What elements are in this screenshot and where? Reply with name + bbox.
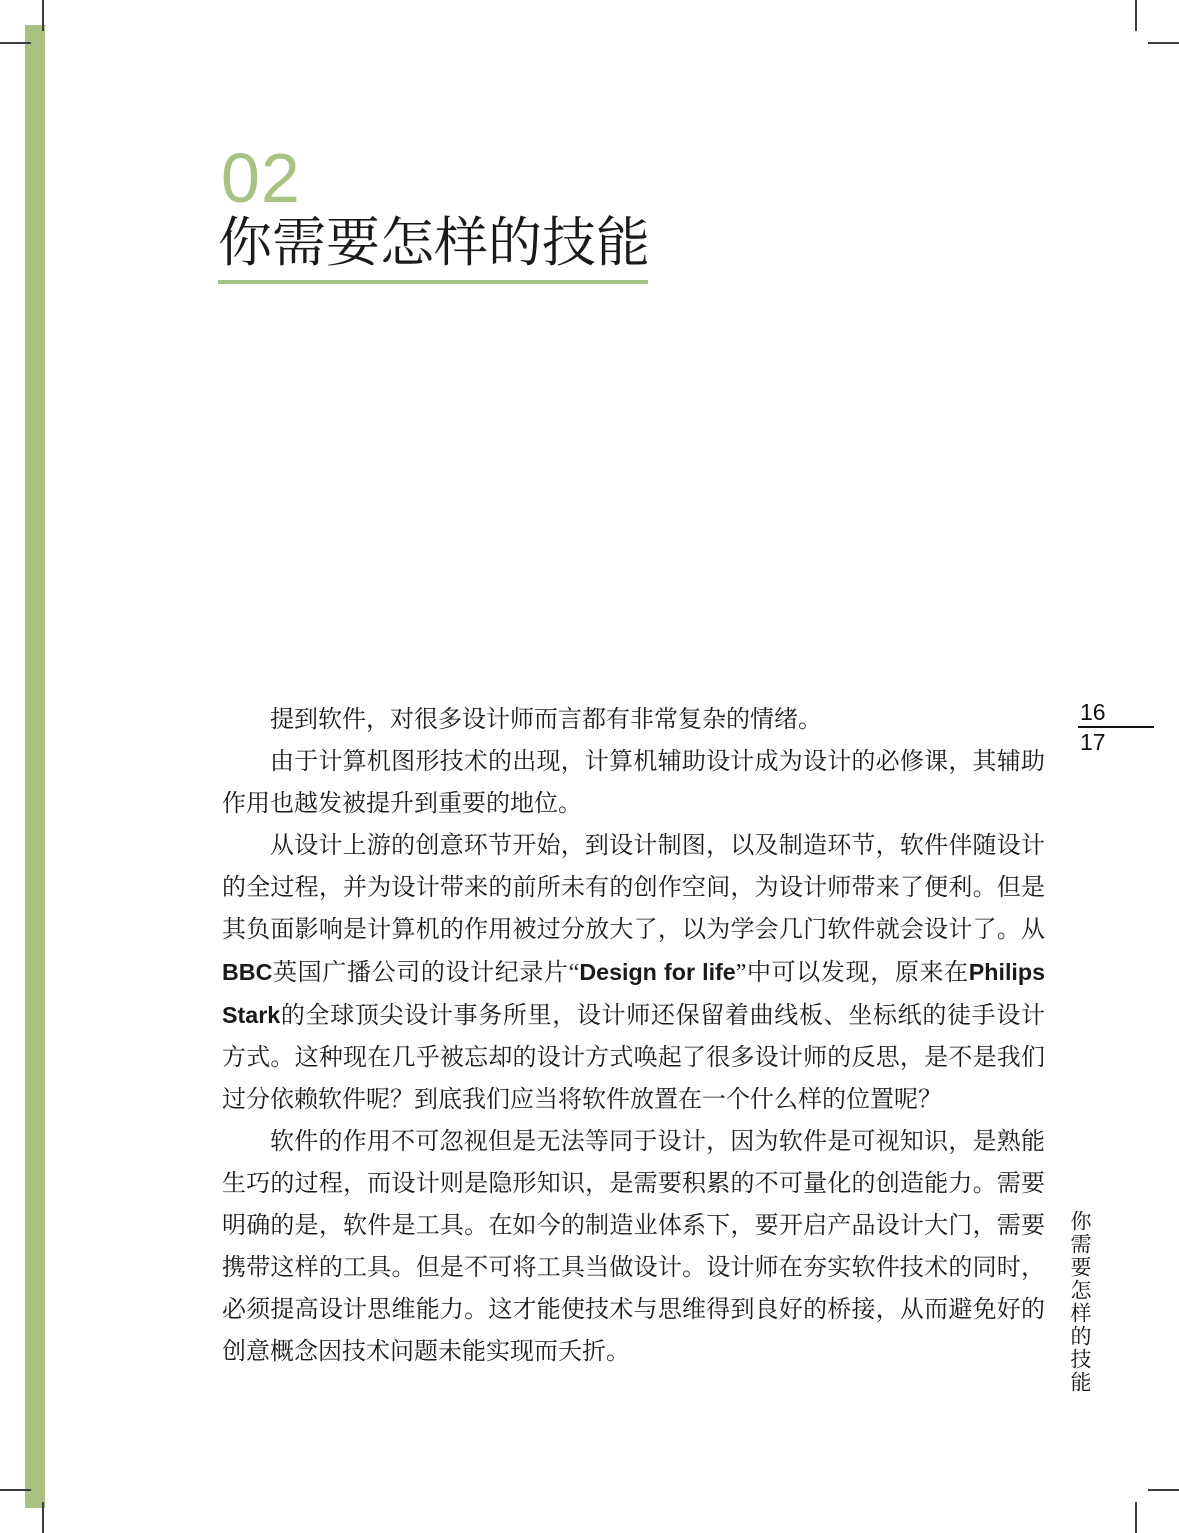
title-underline bbox=[218, 280, 648, 284]
crop-mark-top-right-horizontal bbox=[1148, 42, 1179, 44]
page-number-divider bbox=[1078, 726, 1154, 728]
crop-mark-bottom-left-horizontal bbox=[0, 1489, 31, 1491]
cjk-text-run: 的全球顶尖设计事务所里，设计师还保留着曲线板、坐标纸的徒手设计方式。这种现在几乎… bbox=[222, 1003, 1045, 1113]
crop-mark-bottom-left-vertical bbox=[42, 1502, 44, 1533]
page-number-block: 16 17 bbox=[1078, 699, 1156, 755]
crop-mark-top-left-horizontal bbox=[0, 42, 31, 44]
crop-mark-bottom-right-horizontal bbox=[1148, 1489, 1179, 1491]
cjk-text-run: 软件的作用不可忽视但是无法等同于设计，因为软件是可视知识，是熟能生巧的过程，而设… bbox=[222, 1129, 1045, 1365]
latin-text-run: BBC bbox=[222, 959, 272, 985]
latin-text-run: Design for life bbox=[579, 959, 735, 985]
left-accent-bar bbox=[25, 25, 45, 1508]
cjk-text-run: 英国广播公司的设计纪录片“ bbox=[272, 960, 579, 986]
paragraph: 提到软件，对很多设计师而言都有非常复杂的情绪。 bbox=[222, 699, 1045, 741]
cjk-text-run: 从设计上游的创意环节开始，到设计制图，以及制造环节，软件伴随设计的全过程，并为设… bbox=[222, 833, 1045, 943]
body-paragraphs: 提到软件，对很多设计师而言都有非常复杂的情绪。由于计算机图形技术的出现，计算机辅… bbox=[222, 699, 1045, 1373]
book-page: 02 你需要怎样的技能 提到软件，对很多设计师而言都有非常复杂的情绪。由于计算机… bbox=[0, 0, 1179, 1533]
sidebar-chapter-title: 你需要怎样的技能 bbox=[1069, 1210, 1090, 1400]
paragraph: 由于计算机图形技术的出现，计算机辅助设计成为设计的必修课，其辅助作用也越发被提升… bbox=[222, 741, 1045, 825]
paragraph: 软件的作用不可忽视但是无法等同于设计，因为软件是可视知识，是熟能生巧的过程，而设… bbox=[222, 1121, 1045, 1373]
crop-mark-top-right-vertical bbox=[1135, 0, 1137, 31]
paragraph: 从设计上游的创意环节开始，到设计制图，以及制造环节，软件伴随设计的全过程，并为设… bbox=[222, 825, 1045, 1121]
chapter-title: 你需要怎样的技能 bbox=[218, 214, 650, 273]
cjk-text-run: 提到软件，对很多设计师而言都有非常复杂的情绪。 bbox=[270, 707, 822, 733]
page-number-verso: 17 bbox=[1078, 729, 1156, 755]
cjk-text-run: ”中可以发现，原来在 bbox=[736, 960, 969, 986]
chapter-number: 02 bbox=[221, 143, 301, 213]
crop-mark-bottom-right-vertical bbox=[1135, 1502, 1137, 1533]
crop-mark-top-left-vertical bbox=[42, 0, 44, 31]
cjk-text-run: 由于计算机图形技术的出现，计算机辅助设计成为设计的必修课，其辅助作用也越发被提升… bbox=[222, 749, 1045, 817]
page-number-recto: 16 bbox=[1078, 699, 1156, 725]
